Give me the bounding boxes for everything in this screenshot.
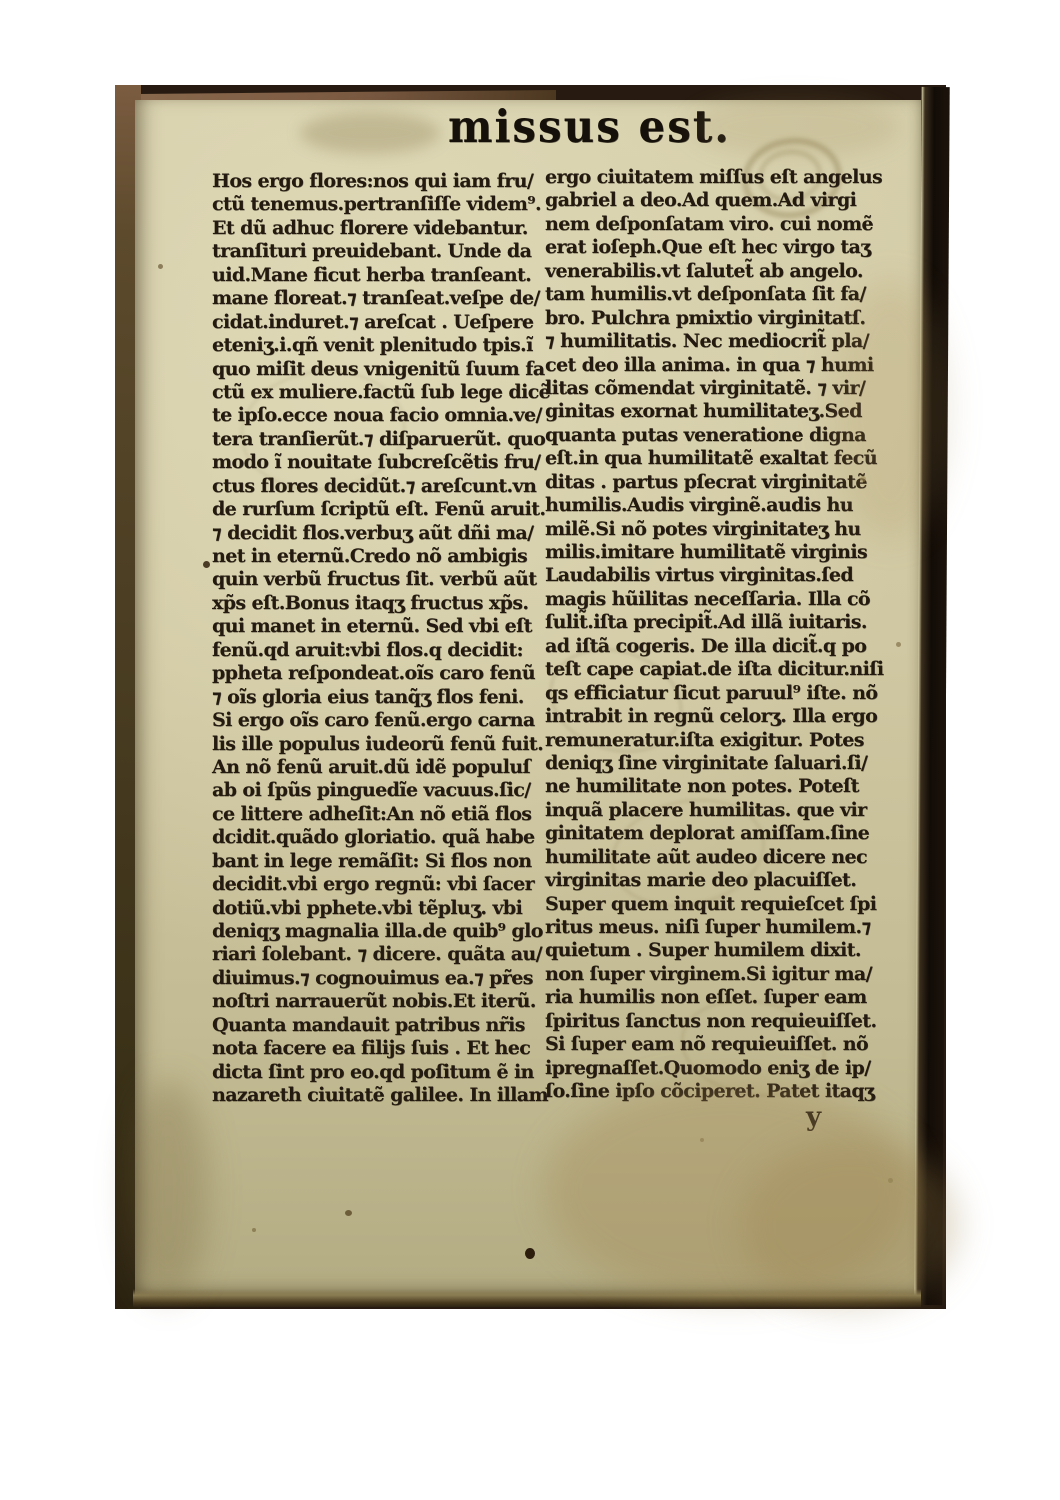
text-line: de rurſum ſcriptũ eſt. Fenũ aruit.	[212, 498, 548, 521]
text-line: ergo ciuitatem miſſus eſt angelus	[545, 166, 885, 189]
text-line: deniqʒ magnalia illa.de quib⁹ glo	[212, 920, 548, 943]
text-line: ſulit̃.iſta precipit̃.Ad illã iuitaris.	[545, 611, 885, 634]
text-line: cidat.induret.⁊ areſcat . Ueſpere	[212, 311, 548, 334]
text-line: dcidit.quãdo gloriatio. quã habe	[212, 826, 548, 849]
text-line: ctus flores decidũt.⁊ areſcunt.vn	[212, 475, 548, 498]
text-line: noſtri narrauerũt nobis.Et iterũ.	[212, 990, 548, 1013]
text-line: riari ſolebant. ⁊ dicere. quãta au/	[212, 943, 548, 966]
foxing-speck	[252, 1228, 256, 1232]
text-line: ditas . partus pſecrat virginitatẽ	[545, 471, 885, 494]
text-line: dotiũ.vbi pphete.vbi tẽpluʒ. vbi	[212, 897, 548, 920]
text-line: qui manet in eternũ. Sed vbi eſt	[212, 615, 548, 638]
text-line: ab oi ſpũs pinguedĩe vacuus.ſic/	[212, 779, 548, 802]
foxing-speck	[345, 1210, 352, 1216]
paper-stain	[128, 1080, 208, 1300]
text-line: tam humilis.vt deſponſata ſit fa/	[545, 283, 885, 306]
text-line: milẽ.Si nõ potes virginitateʒ hu	[545, 518, 885, 541]
showthrough-blob-left	[300, 112, 440, 154]
text-line: deniqʒ ſine virginitate ſaluari.ſi/	[545, 752, 885, 775]
text-line: Si ergo oĩs caro fenũ.ergo carna	[212, 709, 548, 732]
text-line: quin verbũ fructus ſit. verbũ aũt	[212, 568, 548, 591]
paper-stain	[830, 280, 950, 540]
text-line: lis ille populus iudeorũ fenũ fuit.	[212, 733, 548, 756]
ink-speck	[203, 561, 210, 568]
text-line: erat ioſeph.Que eſt hec virgo taʒ	[545, 236, 885, 259]
text-line: fenũ.qd aruit:vbi flos.q decidit:	[212, 639, 548, 662]
text-line: nota facere ea filijs ſuis . Et hec	[212, 1037, 548, 1060]
text-line: gabriel a deo.Ad quem.Ad virgi	[545, 189, 885, 212]
foxing-speck	[896, 642, 901, 647]
text-line: venerabilis.vt ſalutet̃ ab angelo.	[545, 260, 885, 283]
wormhole-dot	[525, 1248, 535, 1259]
text-line: ⁊ oĩs gloria eius tanq̃ʒ flos feni.	[212, 686, 548, 709]
text-line: Hos ergo flores:nos qui iam fru/	[212, 170, 548, 193]
text-line: ctũ tenemus.pertranſiſſe videm⁹.	[212, 193, 548, 216]
text-line: bant in lege remãſit: Si flos non	[212, 850, 548, 873]
text-line: ⁊ decidit flos.verbuʒ aũt dñi ma/	[212, 522, 548, 545]
foxing-speck	[700, 1138, 704, 1142]
text-line: humilis.Audis virginẽ.audis hu	[545, 494, 885, 517]
text-line: tranſituri preuidebant. Unde da	[212, 240, 548, 263]
text-line: An nõ fenũ aruit.dũ idẽ populuſ	[212, 756, 548, 779]
text-line: ne humilitate non potes. Poteſt	[545, 775, 885, 798]
foxing-speck	[158, 264, 163, 269]
text-column-left: Hos ergo flores:nos qui iam fru/ctũ tene…	[212, 170, 548, 1108]
text-line: diuimus.⁊ cognouimus ea.⁊ pr̃es	[212, 967, 548, 990]
text-column-right: ergo ciuitatem miſſus eſt angelusgabriel…	[545, 166, 885, 1104]
paper-stain	[690, 96, 900, 158]
text-line: mane floreat.⁊ tranſeat.veſpe de/	[212, 287, 548, 310]
text-line: quietum . Super humilem dixit.	[545, 939, 885, 962]
text-line: dicta ſint pro eo.qd poſitum ẽ in	[212, 1061, 548, 1084]
text-line: bro. Pulchra pmixtio virginitatſ.	[545, 307, 885, 330]
scanned-book-photo: missus est. Hos ergo flores:nos qui iam …	[0, 0, 1060, 1500]
text-line: Et dũ adhuc florere videbantur.	[212, 217, 548, 240]
text-line: milis.imitare humilitatẽ virginis	[545, 541, 885, 564]
text-line: nem deſponſatam viro. cui nomẽ	[545, 213, 885, 236]
text-line: magis hũilitas neceſſaria. Illa cõ	[545, 588, 885, 611]
paper-stain	[740, 1140, 960, 1310]
foxing-speck	[888, 1178, 893, 1183]
text-line: ce littere adheſit:An nõ etiã flos	[212, 803, 548, 826]
text-line: net in eternũ.Credo nõ ambigis	[212, 545, 548, 568]
text-line: non ſuper virginem.Si igitur ma/	[545, 963, 885, 986]
text-line: Laudabilis virtus virginitas.ſed	[545, 564, 885, 587]
text-line: uid.Mane ficut herba tranſeant.	[212, 264, 548, 287]
running-title: missus est.	[448, 101, 731, 153]
text-line: ritus meus. niſi ſuper humilem.⁊	[545, 916, 885, 939]
text-line: ⁊ humilitatis. Nec mediocrit̃ pla/	[545, 330, 885, 353]
text-line: nazareth ciuitatẽ galilee. In illam	[212, 1084, 548, 1107]
text-line: eteniʒ.i.qñ venit plenitudo tpis.ĩ	[212, 334, 548, 357]
text-line: Quanta mandauit patribus nr̃is	[212, 1014, 548, 1037]
foxing-speck	[860, 476, 866, 482]
text-line: decidit.vbi ergo regnũ: vbi ſacer	[212, 873, 548, 896]
text-line: ppheta reſpondeat.oĩs caro fenũ	[212, 662, 548, 685]
text-line: xp̃s eſt.Bonus itaqʒ fructus xp̃s.	[212, 592, 548, 615]
text-line: quo miſit deus vnigenitũ ſuum fa	[212, 358, 548, 381]
